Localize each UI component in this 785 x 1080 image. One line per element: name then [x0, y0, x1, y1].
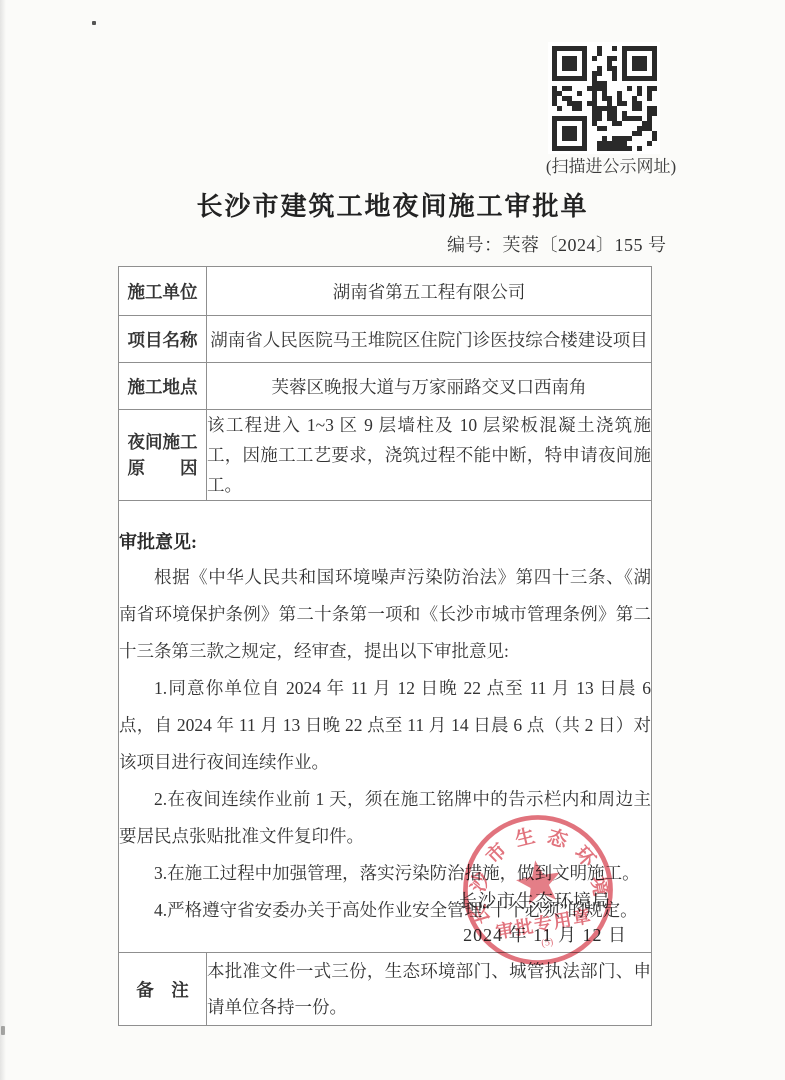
table-row-remark: 备 注 本批准文件一式三份，生态环境部门、城管执法部门、申请单位各持一份。	[119, 953, 652, 1026]
approval-paragraph: 1.同意你单位自 2024 年 11 月 12 日晚 22 点至 11 月 13…	[119, 670, 651, 781]
label-line-2: 原 因	[119, 455, 206, 481]
scan-speck	[92, 21, 96, 25]
table-row: 施工单位 湖南省第五工程有限公司	[119, 267, 652, 316]
table-row: 夜间施工 原 因 该工程进入 1~3 区 9 层墙柱及 10 层梁板混凝土浇筑施…	[119, 410, 652, 501]
row-label-construction-site: 施工地点	[119, 363, 207, 410]
approval-opinion-cell: 审批意见: 根据《中华人民共和国环境噪声污染防治法》第四十三条、《湖南省环境保护…	[119, 501, 652, 953]
row-value-project-name: 湖南省人民医院马王堆院区住院门诊医技综合楼建设项目	[207, 316, 652, 363]
approval-form-table: 施工单位 湖南省第五工程有限公司 项目名称 湖南省人民医院马王堆院区住院门诊医技…	[118, 266, 652, 1026]
scan-edge-shadow	[0, 0, 6, 1080]
row-value-construction-unit: 湖南省第五工程有限公司	[207, 267, 652, 316]
page-title: 长沙市建筑工地夜间施工审批单	[0, 186, 785, 223]
approval-paragraph: 2.在夜间连续作业前 1 天，须在施工铭牌中的告示栏内和周边主要居民点张贴批准文…	[119, 781, 651, 855]
table-row: 项目名称 湖南省人民医院马王堆院区住院门诊医技综合楼建设项目	[119, 316, 652, 363]
document-number: 编号：芙蓉〔2024〕155 号	[447, 231, 667, 257]
table-row-approval: 审批意见: 根据《中华人民共和国环境噪声污染防治法》第四十三条、《湖南省环境保护…	[119, 501, 652, 953]
row-label-night-work-reason: 夜间施工 原 因	[119, 410, 207, 501]
signature-organization: 长沙市生态环境局	[459, 887, 611, 913]
row-value-construction-site: 芙蓉区晚报大道与万家丽路交叉口西南角	[207, 363, 652, 410]
approval-paragraph: 根据《中华人民共和国环境噪声污染防治法》第四十三条、《湖南省环境保护条例》第二十…	[119, 559, 651, 670]
row-label-construction-unit: 施工单位	[119, 267, 207, 316]
row-value-remark: 本批准文件一式三份，生态环境部门、城管执法部门、申请单位各持一份。	[207, 953, 652, 1026]
table-row: 施工地点 芙蓉区晚报大道与万家丽路交叉口西南角	[119, 363, 652, 410]
row-label-project-name: 项目名称	[119, 316, 207, 363]
qr-code	[548, 42, 660, 154]
approval-paragraph: 3.在施工过程中加强管理，落实污染防治措施，做到文明施工。	[119, 855, 651, 892]
scan-speck	[1, 1026, 5, 1035]
row-label-remark: 备 注	[119, 953, 207, 1026]
qr-caption: (扫描进公示网址)	[518, 152, 704, 177]
approval-heading: 审批意见:	[119, 525, 651, 559]
signature-date: 2024 年 11 月 12 日	[463, 921, 627, 947]
row-value-night-work-reason: 该工程进入 1~3 区 9 层墙柱及 10 层梁板混凝土浇筑施工，因施工工艺要求…	[207, 410, 652, 501]
label-line-1: 夜间施工	[119, 429, 206, 455]
scanned-document-page: (扫描进公示网址) 长沙市建筑工地夜间施工审批单 编号：芙蓉〔2024〕155 …	[0, 0, 785, 1080]
